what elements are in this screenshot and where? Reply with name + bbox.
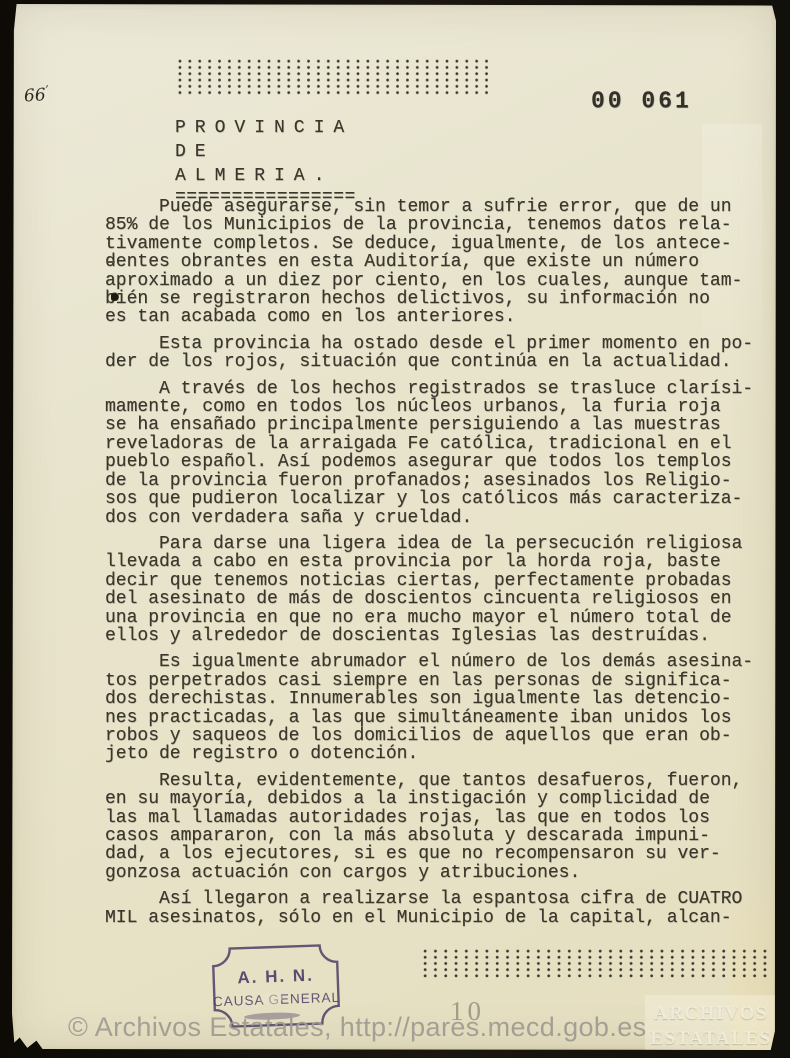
typewritten-line: se ha ensañado principalmente persiguien… bbox=[105, 416, 757, 434]
typewritten-line: Es igualmente abrumador el número de los… bbox=[105, 653, 757, 671]
typewritten-line: jeto de registro o dotención. bbox=[105, 745, 757, 763]
typewritten-line: es tan acabada como en los anteriores. bbox=[105, 308, 757, 326]
heading-line-almeria: ALMERIA. bbox=[175, 164, 356, 188]
document-heading: PROVINCIA DE ALMERIA. ================ bbox=[175, 116, 356, 204]
typewritten-line: Así llegaron a realizarse la espantosa c… bbox=[105, 890, 757, 908]
typewritten-line: decir que tenemos noticias ciertas, perf… bbox=[105, 572, 757, 590]
typewritten-line: 85% de los Municipios de la provincia, t… bbox=[105, 216, 757, 234]
typewritten-line: pueblo español. Así podemos asegurar que… bbox=[105, 453, 757, 471]
heading-line-provincia: PROVINCIA bbox=[175, 116, 356, 140]
typewritten-line: dos derechistas. Innumerables son igualm… bbox=[105, 690, 757, 708]
typewritten-line: MIL asesinatos, sólo en el Municipio de … bbox=[105, 909, 757, 927]
paragraph: Puede asegurarse, sin temor a sufrie err… bbox=[105, 198, 757, 327]
paragraph: Esta provincia ha ostado desde el primer… bbox=[105, 335, 757, 372]
typewritten-line: gonzosa actuación con cargos y atribucio… bbox=[105, 864, 757, 882]
typewritten-line: casos ampararon, con la más absoluta y d… bbox=[105, 827, 757, 845]
typewritten-line: dad, a los ejecutores, si es que no reco… bbox=[105, 845, 757, 863]
typewritten-line: bién se registraron hechos delictivos, s… bbox=[105, 290, 757, 308]
paragraph: Para darse una ligera idea de la persecu… bbox=[105, 535, 757, 645]
typewritten-line: de la provincia fueron profanados; asesi… bbox=[105, 472, 757, 490]
folio-number-stamp: 00 061 bbox=[591, 87, 692, 115]
typewritten-line: robos y saqueos de los domicilios de aqu… bbox=[105, 727, 757, 745]
typewritten-line: las mal llamadas autoridades rojas, las … bbox=[105, 809, 757, 827]
scanned-document-page: 66 00 061 PROVINCIA DE ALMERIA. ========… bbox=[12, 4, 776, 1050]
typewritten-line: Resulta, evidentemente, que tantos desaf… bbox=[105, 772, 757, 790]
margin-mark-dash bbox=[107, 261, 115, 263]
typewritten-line: reveladoras de la arraigada Fe católica,… bbox=[105, 435, 757, 453]
typewritten-line: nes practicadas, a las que simultáneamen… bbox=[105, 709, 757, 727]
paragraph: Resulta, evidentemente, que tantos desaf… bbox=[105, 772, 757, 882]
body-text: Puede asegurarse, sin temor a sufrie err… bbox=[105, 198, 757, 935]
typewritten-line: una provincia en que no era mucho mayor … bbox=[105, 609, 757, 627]
typewritten-line: Esta provincia ha ostado desde el primer… bbox=[105, 335, 757, 353]
typewritten-line: dentes obrantes en esta Auditoría, que e… bbox=[105, 253, 757, 271]
typewritten-line: sos que pudieron localizar y los católic… bbox=[105, 490, 757, 508]
typewritten-line: mamente, como en todos los núcleos urban… bbox=[105, 398, 757, 416]
handwritten-folio-number: 66 bbox=[23, 83, 50, 106]
typewritten-line: aproximado a un diez por ciento, en los … bbox=[105, 272, 757, 290]
perforation-dots-top-icon bbox=[175, 58, 493, 96]
scan-frame: 66 00 061 PROVINCIA DE ALMERIA. ========… bbox=[0, 0, 790, 1058]
typewritten-line: tos perpetrados casi siempre en las pers… bbox=[105, 672, 757, 690]
typewritten-line: dos con verdadera saña y crueldad. bbox=[105, 509, 757, 527]
typewritten-line: tivamente completos. Se deduce, igualmen… bbox=[105, 235, 757, 253]
typewritten-line: Puede asegurarse, sin temor a sufrie err… bbox=[105, 198, 757, 216]
paragraph: Así llegaron a realizarse la espantosa c… bbox=[105, 890, 757, 927]
paragraph: Es igualmente abrumador el número de los… bbox=[105, 653, 757, 763]
stamp-text-ahn: A. H. N. bbox=[237, 966, 314, 988]
typewritten-line: Para darse una ligera idea de la persecu… bbox=[105, 535, 757, 553]
typewritten-line: llevada a cabo en esta provincia por la … bbox=[105, 553, 757, 571]
paragraph: A través de los hechos registrados se tr… bbox=[105, 380, 757, 527]
heading-line-de: DE bbox=[175, 140, 356, 164]
pares-copyright-watermark: © Archivos Estatales, http://pares.mecd.… bbox=[68, 1012, 708, 1043]
typewritten-line: ellos y alrededor de doscientas Iglesias… bbox=[105, 627, 757, 645]
margin-mark-hole bbox=[111, 292, 119, 301]
typewritten-line: der de los rojos, situación que continúa… bbox=[105, 353, 757, 371]
typewritten-line: en su mayoría, debidos a la instigación … bbox=[105, 790, 757, 808]
typewritten-line: del asesinato de más de doscientos cincu… bbox=[105, 590, 757, 608]
perforation-dots-bottom-icon bbox=[420, 948, 770, 978]
typewritten-line: A través de los hechos registrados se tr… bbox=[105, 380, 757, 398]
